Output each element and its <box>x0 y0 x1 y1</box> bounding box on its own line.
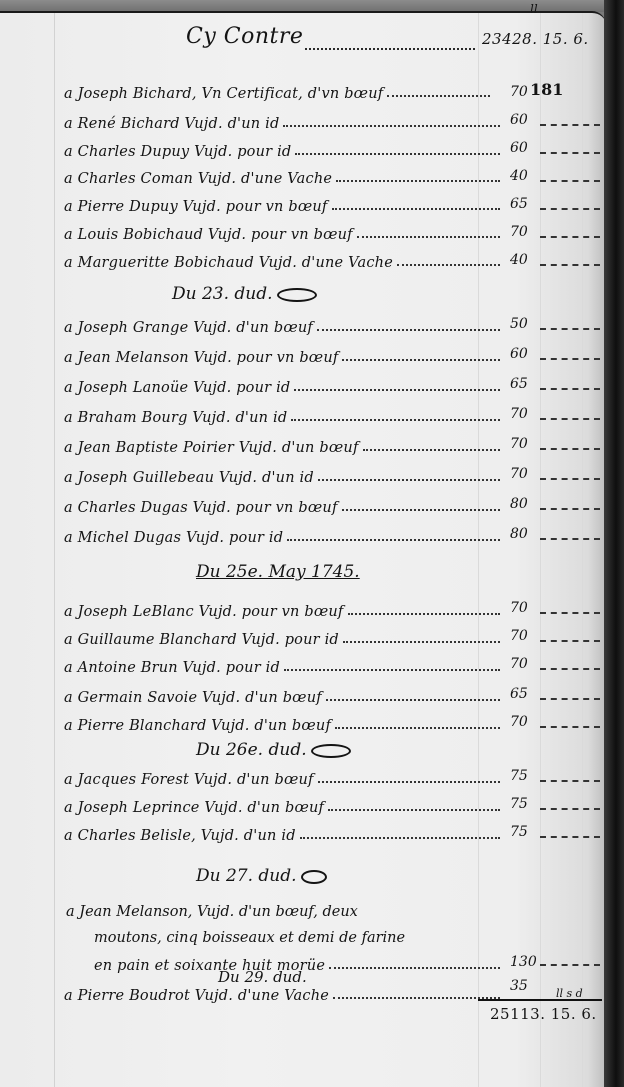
entry-text: a Joseph Guillebeau Vujd. d'un id <box>64 470 314 486</box>
amount-dash <box>540 726 600 728</box>
amount-dash <box>540 538 600 540</box>
ledger-entry: a Jacques Forest Vujd. d'un bœuf <box>64 762 504 788</box>
entry-amount: 60 <box>510 140 528 156</box>
ledger-entry: a Joseph Lanoüe Vujd. pour id <box>64 370 504 396</box>
amount-dash <box>540 236 600 238</box>
amount-dash <box>540 612 600 614</box>
leader-dots <box>342 359 500 361</box>
leader-dots <box>333 997 500 999</box>
amount-dash <box>540 808 600 810</box>
entry-text: a Guillaume Blanchard Vujd. pour id <box>64 632 339 648</box>
leader-dots <box>283 125 500 127</box>
entry-amount: 60 <box>510 346 528 362</box>
entry-amount: 65 <box>510 686 528 702</box>
leader-dots <box>318 781 500 783</box>
leader-dots <box>328 809 500 811</box>
date-heading-text: Du 27. dud. <box>196 866 297 886</box>
entry-amount: 70 <box>510 600 528 616</box>
entry-amount: 65 <box>510 376 528 392</box>
leader-dots <box>336 180 500 182</box>
entry-amount: 75 <box>510 768 528 784</box>
entry-amount: 70 <box>510 714 528 730</box>
date-heading: Du 27. dud. <box>196 866 327 886</box>
entry-text: a Charles Dupuy Vujd. pour id <box>64 144 291 160</box>
entry-amount: 130 <box>510 954 537 970</box>
flourish-icon <box>301 870 327 884</box>
entry-amount: 80 <box>510 526 528 542</box>
margin-rule <box>54 13 55 1087</box>
ledger-entry: a Pierre Blanchard Vujd. d'un bœuf <box>64 708 504 734</box>
ledger-entry: a Michel Dugas Vujd. pour id <box>64 520 504 546</box>
carried-forward-amount: 23428. 15. 6. <box>482 30 589 48</box>
entry-amount: 50 <box>510 316 528 332</box>
leader-dots <box>363 449 500 451</box>
leader-dots <box>295 153 500 155</box>
amount-dash <box>540 448 600 450</box>
ledger-entry: a Charles Belisle, Vujd. d'un id <box>64 818 504 844</box>
amount-dash <box>540 698 600 700</box>
amount-dash <box>540 388 600 390</box>
ledger-entry: a Pierre Dupuy Vujd. pour vn bœuf <box>64 189 504 215</box>
amount-dash <box>540 208 600 210</box>
amount-dash <box>540 328 600 330</box>
entry-text: a Michel Dugas Vujd. pour id <box>64 530 283 546</box>
leader-dots <box>326 699 500 701</box>
ledger-entry: a Pierre Boudrot Vujd. d'une Vache <box>64 978 504 1004</box>
entry-text: a Pierre Boudrot Vujd. d'une Vache <box>64 988 329 1004</box>
amount-dash <box>540 264 600 266</box>
entry-amount: 40 <box>510 252 528 268</box>
date-heading-text: Du 26e. dud. <box>196 740 307 760</box>
entry-amount: 70 <box>510 436 528 452</box>
leader-dots <box>287 539 500 541</box>
leader-dots <box>318 479 500 481</box>
flourish-icon <box>311 744 351 758</box>
leader-dots <box>348 613 501 615</box>
amount-dash <box>540 478 600 480</box>
flourish-icon <box>277 288 317 302</box>
entry-text-line: a Jean Melanson, Vujd. d'un bœuf, deux <box>66 904 358 920</box>
title-leader <box>305 48 475 50</box>
ledger-entry: a Jean Melanson Vujd. pour vn bœuf <box>64 340 504 366</box>
leader-dots <box>291 419 500 421</box>
date-heading: Du 26e. dud. <box>196 740 351 760</box>
date-heading: Du 25e. May 1745. <box>196 562 360 582</box>
carry-unit-mark: ll <box>530 2 538 16</box>
amount-dash <box>540 780 600 782</box>
ledger-entry: a Joseph Grange Vujd. d'un bœuf <box>64 310 504 336</box>
entry-amount: 70 <box>510 84 528 100</box>
entry-text: a René Bichard Vujd. d'un id <box>64 116 279 132</box>
date-heading-text: Du 25e. May 1745. <box>196 562 360 582</box>
leader-dots <box>332 208 500 210</box>
ledger-entry: a Joseph Guillebeau Vujd. d'un id <box>64 460 504 486</box>
entry-amount: 80 <box>510 496 528 512</box>
entry-text: a Charles Coman Vujd. d'une Vache <box>64 171 332 187</box>
entry-amount: 70 <box>510 224 528 240</box>
column-rule-sols <box>540 13 541 1087</box>
leader-dots <box>357 236 500 238</box>
leader-dots <box>329 967 500 969</box>
leader-dots <box>317 329 500 331</box>
entry-amount: 40 <box>510 168 528 184</box>
leader-dots <box>342 509 500 511</box>
amount-dash <box>540 124 600 126</box>
entry-amount: 75 <box>510 824 528 840</box>
amount-dash <box>540 152 600 154</box>
entry-text: a Jacques Forest Vujd. d'un bœuf <box>64 772 314 788</box>
entry-text: a Pierre Dupuy Vujd. pour vn bœuf <box>64 199 328 215</box>
ledger-entry: a Braham Bourg Vujd. d'un id <box>64 400 504 426</box>
entry-text: a Jean Melanson Vujd. pour vn bœuf <box>64 350 338 366</box>
leader-dots <box>335 727 500 729</box>
amount-dash <box>540 358 600 360</box>
entry-text: a Joseph Leprince Vujd. d'un bœuf <box>64 800 324 816</box>
column-rule-deniers <box>582 13 583 1087</box>
entry-text: a Margueritte Bobichaud Vujd. d'une Vach… <box>64 255 393 271</box>
entry-text: a Antoine Brun Vujd. pour id <box>64 660 280 676</box>
entry-text: a Joseph LeBlanc Vujd. pour vn bœuf <box>64 604 344 620</box>
ledger-entry: a Charles Dugas Vujd. pour vn bœuf <box>64 490 504 516</box>
page-title: Cy Contre <box>186 24 303 49</box>
entry-text: a Germain Savoie Vujd. d'un bœuf <box>64 690 322 706</box>
date-heading: Du 23. dud. <box>172 284 317 304</box>
leader-dots <box>397 264 500 266</box>
ledger-entry: a René Bichard Vujd. d'un id <box>64 106 504 132</box>
ledger-entry: a Margueritte Bobichaud Vujd. d'une Vach… <box>64 245 504 271</box>
sum-rule <box>478 999 602 1001</box>
entry-text: a Charles Belisle, Vujd. d'un id <box>64 828 296 844</box>
ledger-entry: a Charles Dupuy Vujd. pour id <box>64 134 504 160</box>
entry-text: a Braham Bourg Vujd. d'un id <box>64 410 287 426</box>
entry-text: a Pierre Blanchard Vujd. d'un bœuf <box>64 718 331 734</box>
margin-note: 181 <box>530 80 563 99</box>
ledger-entry: a Joseph Bichard, Vn Certificat, d'vn bœ… <box>64 76 494 102</box>
leader-dots <box>300 837 500 839</box>
entry-amount: 35 <box>510 978 528 994</box>
leader-dots <box>294 389 500 391</box>
book-binding <box>604 0 624 1087</box>
ledger-entry: a Joseph Leprince Vujd. d'un bœuf <box>64 790 504 816</box>
ledger-entry: a Charles Coman Vujd. d'une Vache <box>64 161 504 187</box>
ledger-entry: a Germain Savoie Vujd. d'un bœuf <box>64 680 504 706</box>
amount-dash <box>540 418 600 420</box>
amount-dash <box>540 508 600 510</box>
entry-text: a Joseph Grange Vujd. d'un bœuf <box>64 320 313 336</box>
entry-amount: 70 <box>510 466 528 482</box>
ledger-entry: a Guillaume Blanchard Vujd. pour id <box>64 622 504 648</box>
leader-dots <box>284 669 500 671</box>
amount-dash <box>540 836 600 838</box>
date-heading-text: Du 23. dud. <box>172 284 273 304</box>
entry-amount: 70 <box>510 406 528 422</box>
leader-dots <box>387 95 490 97</box>
entry-text: a Jean Baptiste Poirier Vujd. d'un bœuf <box>64 440 359 456</box>
entry-text: a Joseph Bichard, Vn Certificat, d'vn bœ… <box>64 86 383 102</box>
entry-amount: 60 <box>510 112 528 128</box>
amount-dash <box>540 640 600 642</box>
entry-amount: 70 <box>510 628 528 644</box>
ledger-entry: a Joseph LeBlanc Vujd. pour vn bœuf <box>64 594 504 620</box>
entry-text: a Louis Bobichaud Vujd. pour vn bœuf <box>64 227 353 243</box>
closing-total: 25113. 15. 6. <box>490 1005 597 1023</box>
entry-text-line: moutons, cinq boisseaux et demi de farin… <box>94 930 405 946</box>
amount-dash <box>540 964 600 966</box>
ledger-entry: a Jean Baptiste Poirier Vujd. d'un bœuf <box>64 430 504 456</box>
ledger-entry: a Louis Bobichaud Vujd. pour vn bœuf <box>64 217 504 243</box>
ledger-entry: a Antoine Brun Vujd. pour id <box>64 650 504 676</box>
entry-text: a Joseph Lanoüe Vujd. pour id <box>64 380 290 396</box>
entry-text: a Charles Dugas Vujd. pour vn bœuf <box>64 500 338 516</box>
leader-dots <box>343 641 500 643</box>
amount-dash <box>540 180 600 182</box>
entry-amount: 75 <box>510 796 528 812</box>
entry-amount: 70 <box>510 656 528 672</box>
amount-dash <box>540 668 600 670</box>
entry-amount: 65 <box>510 196 528 212</box>
